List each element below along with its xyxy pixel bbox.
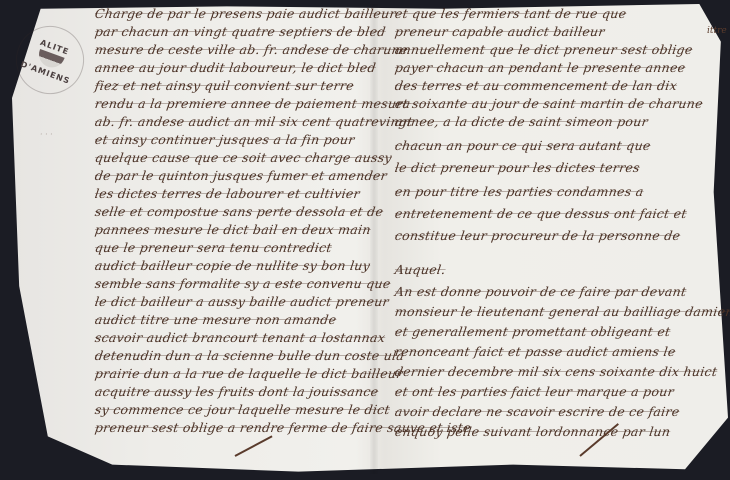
right-line: des terres et au commencement de lan dix [394, 78, 678, 93]
right-line: renonceant faict et passe audict amiens … [394, 344, 677, 359]
left-line: annee au jour dudit laboureur, le dict b… [94, 60, 377, 75]
right-line: le dict preneur pour les dictes terres [394, 160, 641, 175]
left-line: et ainsy continuer jusques a la fin pour [94, 132, 356, 147]
right-line: et generallement promettant obligeant et [394, 324, 672, 339]
left-line: prairie dun a la rue de laquelle le dict… [94, 366, 404, 381]
left-line: les dictes terres de labourer et cultivi… [94, 186, 361, 201]
margin-note: ittre [707, 26, 727, 36]
right-line: payer chacun an pendant le presente anne… [394, 60, 687, 75]
left-line: le dict bailleur a aussy baille audict p… [94, 294, 390, 309]
right-line: et ont les parties faict leur marque a p… [394, 384, 675, 399]
left-line: de par le quinton jusques fumer et amend… [94, 168, 388, 183]
right-line: enquoy pelle suivant lordonnance par lun [394, 424, 671, 439]
bleed-through-text: · · · [40, 130, 53, 139]
left-line: quelque cause que ce soit avec charge au… [94, 150, 393, 165]
left-line: audict titre une mesure non amande [94, 312, 338, 327]
left-line: fiez et net ainsy quil convient sur terr… [94, 78, 355, 93]
right-line: Auquel. [394, 262, 447, 277]
left-line: sy commence ce jour laquelle mesure le d… [94, 402, 391, 417]
left-line: selle et compostue sans perte dessola et… [94, 204, 384, 219]
right-line: monsieur le lieutenant general au bailli… [394, 304, 730, 319]
left-line: ab. fr. andese audict an mil six cent qu… [94, 114, 414, 129]
right-line: dernier decembre mil six cens soixante d… [394, 364, 718, 379]
right-line: preneur capable audict bailleur [394, 24, 606, 39]
left-line: semble sans formalite sy a este convenu … [94, 276, 392, 291]
left-line: scavoir audict brancourt tenant a lostan… [94, 330, 386, 345]
right-line: chacun an pour ce qui sera autant que [394, 138, 652, 153]
right-line: et que les fermiers tant de rue que [394, 6, 628, 21]
right-line: avoir declare ne scavoir escrire de ce f… [394, 404, 681, 419]
right-line: annuellement que le dict preneur sest ob… [394, 42, 694, 57]
left-line: acquitre aussy les fruits dont la jouiss… [94, 384, 380, 399]
right-line: constitue leur procureur de la personne … [394, 228, 681, 243]
left-line: que le preneur sera tenu contredict [94, 240, 333, 255]
left-line: pannees mesure le dict bail en deux main [94, 222, 372, 237]
right-line: en pour titre les parties condamnes a [394, 184, 645, 199]
left-line: rendu a la premiere annee de paiement me… [94, 96, 412, 111]
left-line: Charge de par le presens paie audict bai… [94, 6, 397, 21]
right-line: et soixante au jour de saint martin de c… [394, 96, 704, 111]
right-line: entretenement de ce que dessus ont faict… [394, 206, 688, 221]
left-line: detenudin dun a la scienne bulle dun cos… [94, 348, 405, 363]
left-line: audict bailleur copie de nullite sy bon … [94, 258, 371, 273]
left-line: mesure de ceste ville ab. fr. andese de … [94, 42, 409, 57]
right-line: annee, a la dicte de saint simeon pour [394, 114, 649, 129]
left-line: par chacun an vingt quatre septiers de b… [94, 24, 387, 39]
right-line: An est donne pouvoir de ce faire par dev… [394, 284, 688, 299]
